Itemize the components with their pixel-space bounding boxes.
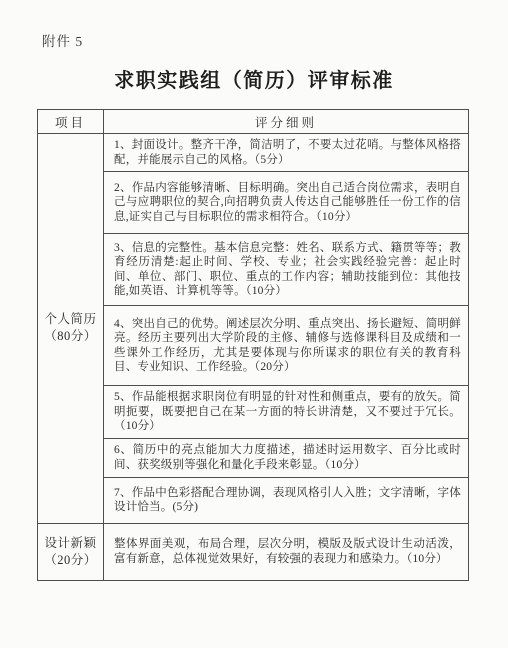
criteria-table: 项目 评分细则 个人简历 （80分） 1、封面设计。整齐干净，简洁明了，不要太过… [37, 109, 469, 581]
criteria-item-7: 7、作品中色彩搭配合理协调，表现风格引人入胜；文字清晰，字体设计恰当。(5分) [104, 477, 469, 523]
criteria-item-5: 5、作品能根据求职岗位有明显的针对性和侧重点，要有的放矢。简明扼要，既要把自己在… [104, 386, 469, 439]
criteria-item-3: 3、信息的完整性。基本信息完整：姓名、联系方式、籍贯等等；教育经历清楚:起止时间… [104, 234, 469, 306]
column-header-criteria: 评分细则 [104, 110, 469, 134]
group-label-design-novelty: 设计新颖 （20分） [38, 523, 104, 580]
criteria-item-2: 2、作品内容能够清晰、目标明确。突出自己适合岗位需求，表明自己与应聘职位的契合,… [104, 172, 469, 234]
criteria-item-6: 6、简历中的亮点能加大力度描述，描述时运用数字、百分比或时间、获奖级别等强化和量… [104, 438, 469, 477]
criteria-item-4: 4、突出自己的优势。阐述层次分明、重点突出、扬长避短、简明鲜亮。经历主要列出大学… [104, 306, 469, 386]
column-header-item: 项目 [38, 110, 104, 134]
group-label-score: （80分） [39, 328, 102, 345]
table-header-row: 项目 评分细则 [38, 110, 469, 134]
group-label-score: （20分） [39, 552, 102, 569]
group-label-personal-resume: 个人简历 （80分） [38, 134, 104, 524]
table-row: 个人简历 （80分） 1、封面设计。整齐干净，简洁明了，不要太过花哨。与整体风格… [38, 134, 469, 172]
criteria-item-1: 1、封面设计。整齐干净，简洁明了，不要太过花哨。与整体风格搭配，并能展示自己的风… [104, 134, 469, 172]
table-row: 设计新颖 （20分） 整体界面美观，布局合理，层次分明，模版及版式设计生动活泼，… [38, 523, 469, 580]
attachment-label: 附件 5 [42, 30, 83, 50]
page-title: 求职实践组（简历）评审标准 [0, 64, 508, 93]
criteria-item-design: 整体界面美观，布局合理，层次分明，模版及版式设计生动活泼，富有新意，总体视觉效果… [104, 523, 469, 580]
group-label-line1: 设计新颖 [39, 535, 102, 552]
group-label-line1: 个人简历 [39, 311, 102, 328]
